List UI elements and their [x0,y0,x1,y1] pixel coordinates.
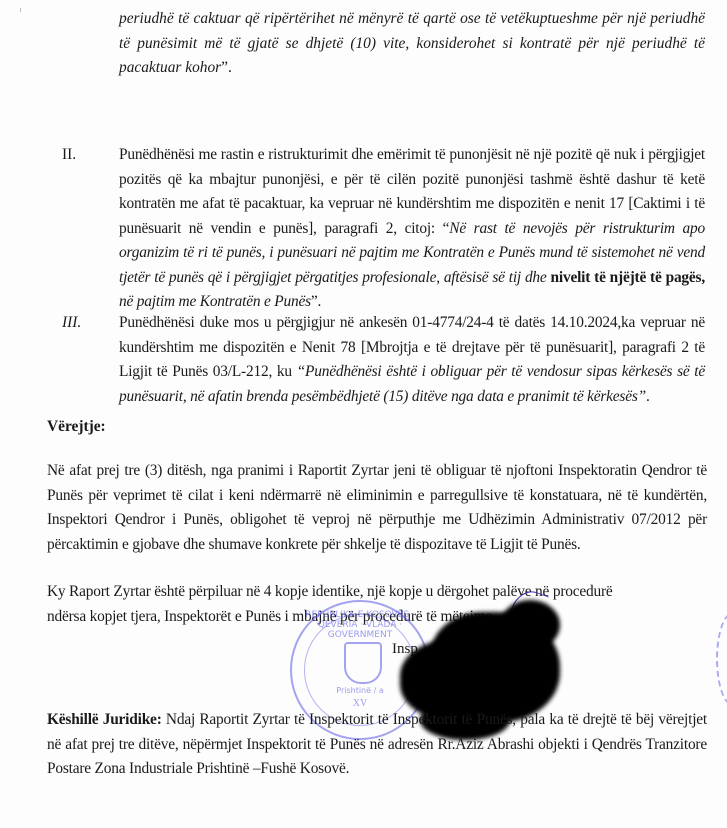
intro-text: periudhë të caktuar që ripërtërihet në m… [119,10,705,76]
item-text: Punëdhënësi me rastin e ristrukturimit d… [119,143,705,315]
intro-close: ”. [221,59,232,76]
partial-stamp-edge [716,612,727,706]
remarks-paragraph: Në afat prej tre (3) ditësh, nga pranimi… [47,459,707,557]
item-text: Punëdhënësi duke mos u përgjigjur në ank… [119,311,705,409]
bold-emphasis: nivelit të njëjtë të pagës, [551,269,705,286]
item-numeral: III. [62,311,81,336]
intro-quote-continuation: periudhë të caktuar që ripërtërihet në m… [119,7,705,81]
document-page: periudhë të caktuar që ripërtërihet në m… [0,0,727,828]
legal-advice-paragraph: Këshillë Juridike: Ndaj Raportit Zyrtar … [47,708,707,782]
remarks-heading: Vërejtje: [47,418,106,436]
item-numeral: II. [62,143,76,168]
scan-speck [20,8,21,12]
coat-of-arms-icon [344,642,382,684]
redaction-blob [500,600,560,650]
legal-advice-label: Këshillë Juridike: [47,711,162,728]
